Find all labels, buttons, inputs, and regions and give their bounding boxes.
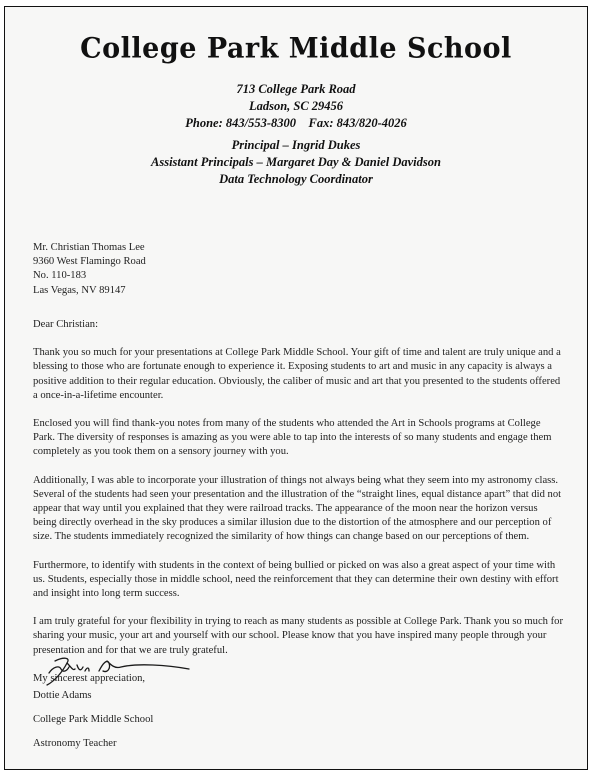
paragraph: Enclosed you will find thank-you notes f… [33,417,563,460]
school-street: 713 College Park Road [5,82,587,97]
paragraph: I am truly grateful for your flexibility… [33,615,563,658]
paragraph: Furthermore, to identify with students i… [33,559,563,602]
sender-block: Dottie Adams College Park Middle School … [33,689,563,766]
assistant-principals: Assistant Principals – Margaret Day & Da… [5,155,587,170]
paragraph: Thank you so much for your presentations… [33,346,563,403]
recipient-street: 9360 West Flamingo Road [33,255,563,269]
school-phone-fax: Phone: 843/553-8300 Fax: 843/820-4026 [5,116,587,131]
recipient-unit: No. 110-183 [33,269,563,283]
sender-title: Astronomy Teacher [33,737,563,751]
paragraph: Additionally, I was able to incorporate … [33,474,563,545]
sender-name: Dottie Adams [33,689,563,703]
data-technology-coordinator: Data Technology Coordinator [5,172,587,187]
recipient-city: Las Vegas, NV 89147 [33,284,563,298]
school-name: College Park Middle School [5,32,587,65]
letter-page: College Park Middle School 713 College P… [4,6,588,770]
recipient-address: Mr. Christian Thomas Lee 9360 West Flami… [33,241,563,298]
principal: Principal – Ingrid Dukes [5,138,587,153]
recipient-name: Mr. Christian Thomas Lee [33,241,563,255]
sender-school: College Park Middle School [33,713,563,727]
salutation: Dear Christian: [33,318,563,332]
school-city: Ladson, SC 29456 [5,99,587,114]
signature-icon [37,653,197,689]
letter-body: Dear Christian: Thank you so much for yo… [33,318,563,700]
